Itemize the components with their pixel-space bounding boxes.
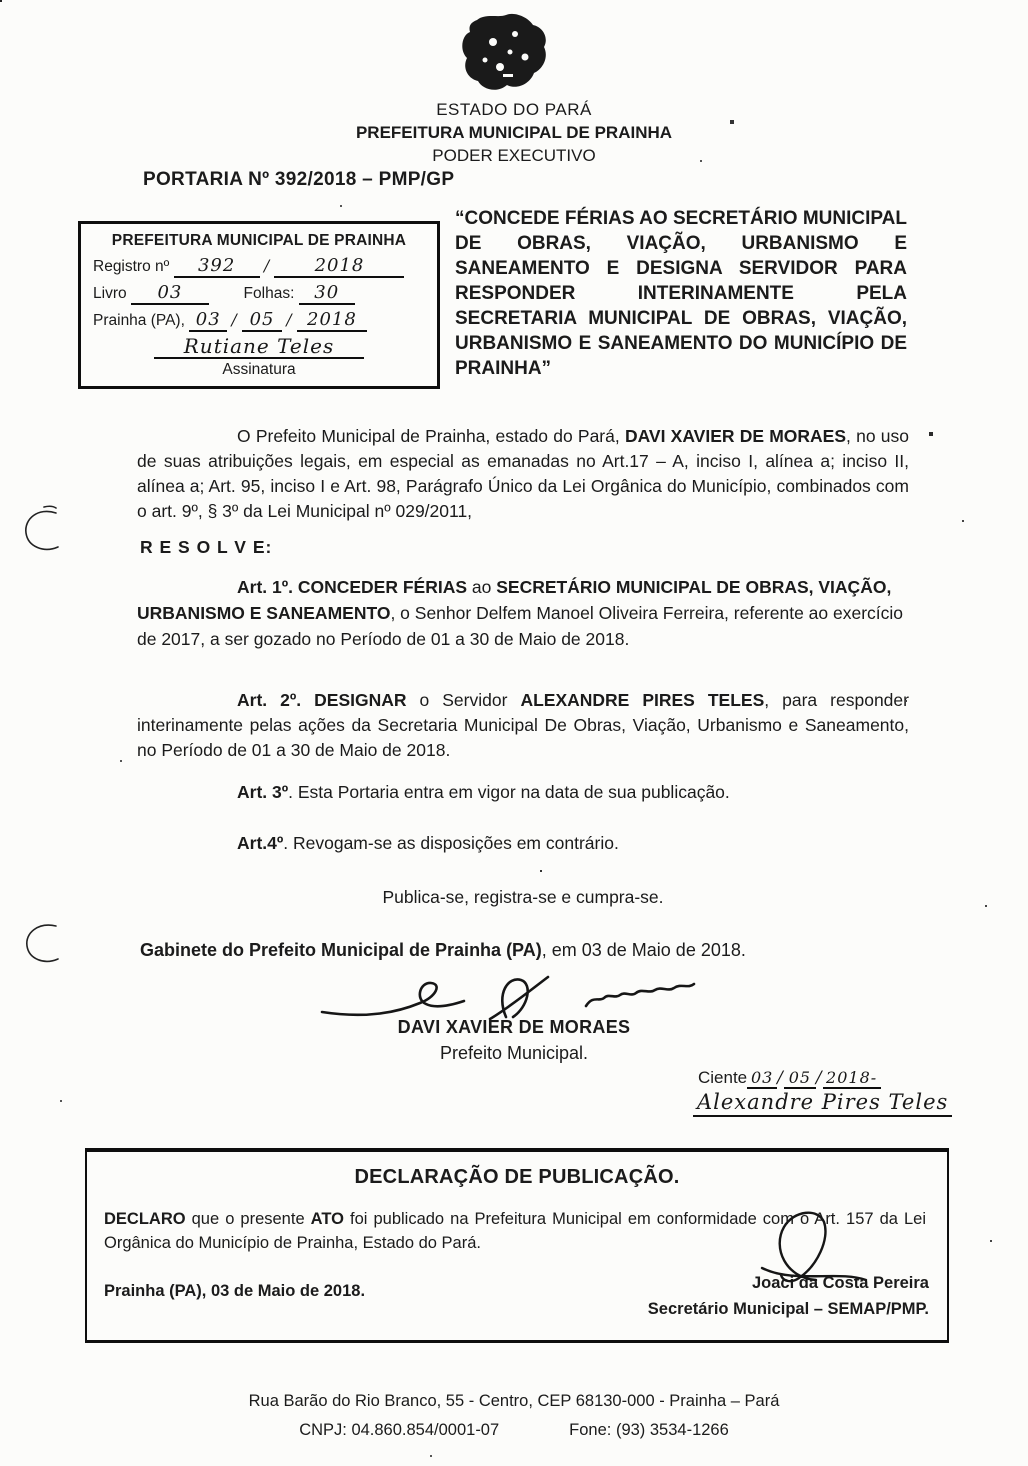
declaration-text-a: que o presente (186, 1210, 311, 1228)
preamble-paragraph: O Prefeito Municipal de Prainha, estado … (137, 424, 909, 524)
ciente-month: 05 (784, 1070, 816, 1089)
stamp-place-label: Prainha (PA), (93, 312, 185, 329)
cabinet-rest: , em 03 de Maio de 2018. (542, 940, 746, 960)
ciente-label: Ciente (698, 1068, 747, 1087)
cabinet-bold: Gabinete do Prefeito Municipal de Prainh… (140, 940, 542, 960)
article-2-servant-name: ALEXANDRE PIRES TELES (520, 690, 764, 710)
stamp-signature-name: Rutiane Teles (154, 336, 364, 359)
header-branch: PODER EXECUTIVO (0, 146, 1028, 166)
registro-number-value: 392 (174, 257, 260, 278)
article-4: Art.4º. Revogam-se as disposições em con… (137, 833, 909, 854)
article-4-text: . Revogam-se as disposições em contrário… (283, 833, 619, 853)
article-2: Art. 2º. DESIGNAR o Servidor ALEXANDRE P… (137, 688, 909, 763)
folhas-label: Folhas: (244, 285, 295, 302)
article-2-number: Art. 2º. DESIGNAR (237, 690, 407, 710)
stamp-date-sep1: / (232, 311, 238, 329)
scan-curl-artifact-top (18, 505, 64, 562)
registro-label: Registro nº (93, 258, 169, 275)
article-4-number: Art.4º (237, 833, 283, 853)
mayor-name-inline: DAVI XAVIER DE MORAES (625, 426, 846, 446)
declaration-title: DECLARAÇÃO DE PUBLICAÇÃO. (87, 1166, 947, 1189)
folhas-value: 30 (299, 284, 355, 305)
publication-declaration-box: DECLARAÇÃO DE PUBLICAÇÃO. DECLARO que o … (85, 1148, 949, 1343)
article-3-text: . Esta Portaria entra em vigor na data d… (288, 782, 730, 802)
scan-curl-artifact-bottom (20, 920, 64, 973)
ordinance-summary: “CONCEDE FÉRIAS AO SECRETÁRIO MUNICIPAL … (455, 206, 907, 381)
ciente-year: 2018- (823, 1070, 881, 1089)
livro-label: Livro (93, 285, 127, 302)
article-3: Art. 3º. Esta Portaria entra em vigor na… (137, 782, 909, 803)
stamp-date-day: 03 (189, 311, 227, 332)
publish-register-line: Publica-se, registra-se e cumpra-se. (137, 887, 909, 908)
stamp-signature-row: Rutiane Teles (93, 336, 425, 359)
livro-value: 03 (131, 284, 209, 305)
stamp-date-month: 05 (242, 311, 282, 332)
preamble-seg1: O Prefeito Municipal de Prainha, estado … (237, 426, 625, 446)
secretary-signature-scrawl-icon (754, 1202, 874, 1302)
stamp-signature-label: Assinatura (93, 361, 425, 379)
article-3-number: Art. 3º (237, 782, 288, 802)
stamp-livro-row: Livro 03 Folhas: 30 (93, 284, 425, 305)
stamp-date-row: Prainha (PA), 03 / 05 / 2018 (93, 311, 425, 332)
ordinance-title: PORTARIA Nº 392/2018 – PMP/GP (143, 169, 454, 191)
declaration-ato: ATO (311, 1210, 344, 1228)
footer-contact-line: CNPJ: 04.860.854/0001-07Fone: (93) 3534-… (0, 1421, 1028, 1440)
registro-separator: / (264, 257, 270, 275)
ciente-day: 03 (747, 1070, 777, 1089)
ciente-sep2: / (816, 1068, 823, 1088)
stamp-date-sep2: / (286, 311, 292, 329)
coat-of-arms-icon (455, 12, 557, 105)
article-1-number: Art. 1º. CONCEDER FÉRIAS (237, 577, 467, 597)
article-2-text-a: o Servidor (407, 690, 521, 710)
scanned-ordinance-page: ESTADO DO PARÁ PREFEITURA MUNICIPAL DE P… (0, 0, 1028, 1466)
scan-noise-specks (0, 0, 2, 2)
stamp-title: PREFEITURA MUNICIPAL DE PRAINHA (93, 232, 425, 250)
article-1: Art. 1º. CONCEDER FÉRIAS ao SECRETÁRIO M… (137, 574, 909, 652)
registro-year-value: 2018 (274, 257, 404, 278)
ciente-line: Ciente03/05/2018- (698, 1068, 881, 1089)
resolve-heading: R E S O L V E: (140, 537, 272, 558)
mayor-role: Prefeito Municipal. (0, 1043, 1028, 1064)
header-municipality: PREFEITURA MUNICIPAL DE PRAINHA (0, 123, 1028, 143)
ciente-sep1: / (777, 1068, 784, 1088)
header-state: ESTADO DO PARÁ (0, 100, 1028, 120)
declaration-declaro: DECLARO (104, 1210, 186, 1228)
cabinet-dateline: Gabinete do Prefeito Municipal de Prainh… (140, 940, 920, 961)
registry-stamp-box: PREFEITURA MUNICIPAL DE PRAINHA Registro… (78, 221, 440, 389)
declaration-place-date: Prainha (PA), 03 de Maio de 2018. (104, 1282, 365, 1301)
mayor-typed-name: DAVI XAVIER DE MORAES (0, 1017, 1028, 1038)
stamp-registro-row: Registro nº 392 / 2018 (93, 257, 425, 278)
article-1-text-a: ao (467, 577, 496, 597)
footer-phone: Fone: (93) 3534-1266 (569, 1421, 729, 1439)
footer-cnpj: CNPJ: 04.860.854/0001-07 (299, 1421, 499, 1439)
ciente-signature: Alexandre Pires Teles (693, 1090, 952, 1117)
footer-address: Rua Barão do Rio Branco, 55 - Centro, CE… (0, 1392, 1028, 1411)
declaration-signer-block: Joaci da Costa Pereira Secretário Munici… (648, 1270, 929, 1322)
stamp-date-year: 2018 (297, 311, 367, 332)
